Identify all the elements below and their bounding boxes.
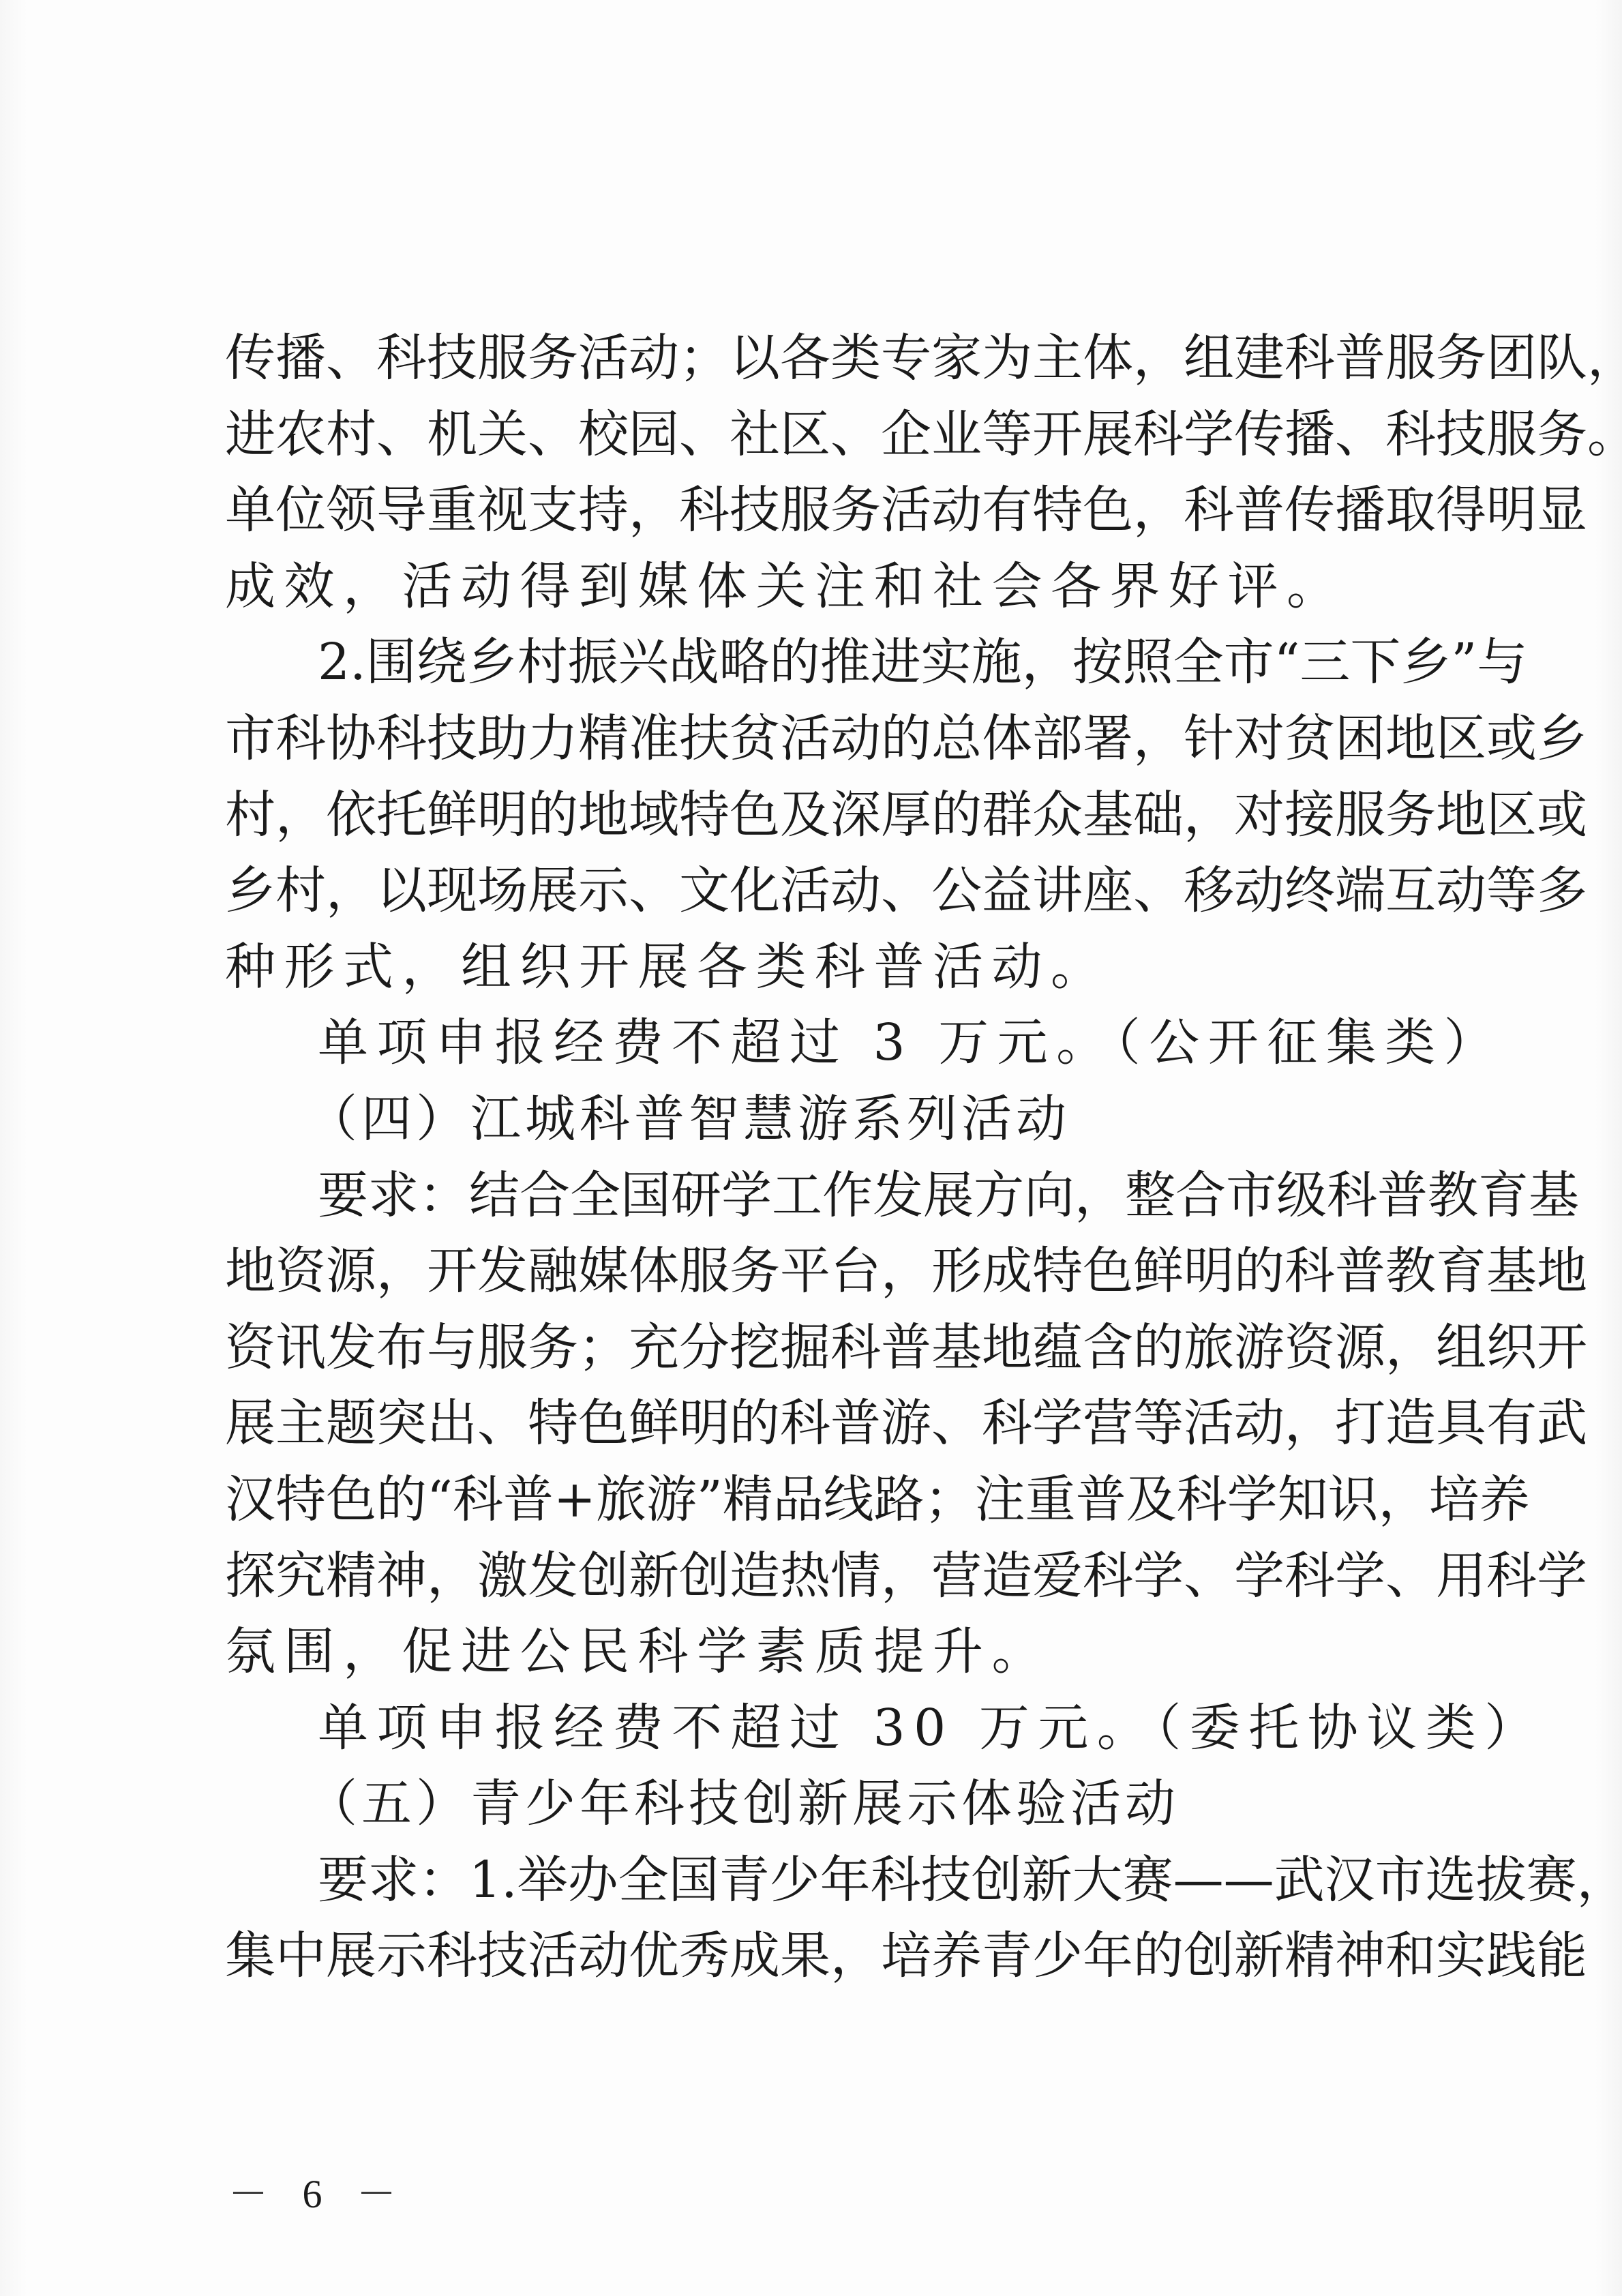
text-line: 乡村，以现场展示、文化活动、公益讲座、移动终端互动等多 xyxy=(225,853,1415,929)
text-line: 资讯发布与服务；充分挖掘科普基地蕴含的旅游资源，组织开 xyxy=(225,1310,1415,1386)
text-line: 单位领导重视支持，科技服务活动有特色，科普传播取得明显 xyxy=(225,473,1415,549)
text-line: 村，依托鲜明的地域特色及深厚的群众基础，对接服务地区或 xyxy=(225,777,1415,854)
text-line: 市科协科技助力精准扶贫活动的总体部署，针对贫困地区或乡 xyxy=(225,701,1415,777)
text-line: 进农村、机关、校园、社区、企业等开展科学传播、科技服务。 xyxy=(225,397,1415,473)
text-line: 种形式，组织开展各类科普活动。 xyxy=(225,929,1415,1006)
funding-note: 单项申报经费不超过 30 万元。（委托协议类） xyxy=(225,1690,1415,1767)
document-body: 传播、科技服务活动；以各类专家为主体，组建科普服务团队， 进农村、机关、校园、社… xyxy=(225,320,1415,1995)
text-line: 展主题突出、特色鲜明的科普游、科学营等活动，打造具有武 xyxy=(225,1386,1415,1462)
text-line: 探究精神，激发创新创造热情，营造爱科学、学科学、用科学 xyxy=(225,1538,1415,1615)
text-line: 成效，活动得到媒体关注和社会各界好评。 xyxy=(225,549,1415,625)
page-number: － 6 － xyxy=(228,2162,408,2219)
text-line: 传播、科技服务活动；以各类专家为主体，组建科普服务团队， xyxy=(225,320,1415,397)
text-line: 2.围绕乡村振兴战略的推进实施，按照全市“三下乡”与 xyxy=(225,625,1415,701)
section-heading: （五）青少年科技创新展示体验活动 xyxy=(225,1766,1415,1843)
text-line: 要求：1.举办全国青少年科技创新大赛——武汉市选拔赛， xyxy=(225,1843,1415,1919)
text-line: 集中展示科技活动优秀成果，培养青少年的创新精神和实践能 xyxy=(225,1918,1415,1995)
text-line: 要求：结合全国研学工作发展方向，整合市级科普教育基 xyxy=(225,1158,1415,1234)
section-heading: （四）江城科普智慧游系列活动 xyxy=(225,1082,1415,1158)
document-page: 传播、科技服务活动；以各类专家为主体，组建科普服务团队， 进农村、机关、校园、社… xyxy=(0,0,1622,2296)
text-line: 汉特色的“科普+旅游”精品线路；注重普及科学知识，培养 xyxy=(225,1462,1415,1538)
funding-note: 单项申报经费不超过 3 万元。（公开征集类） xyxy=(225,1005,1415,1082)
text-line: 氛围，促进公民科学素质提升。 xyxy=(225,1614,1415,1690)
text-line: 地资源，开发融媒体服务平台，形成特色鲜明的科普教育基地 xyxy=(225,1234,1415,1310)
